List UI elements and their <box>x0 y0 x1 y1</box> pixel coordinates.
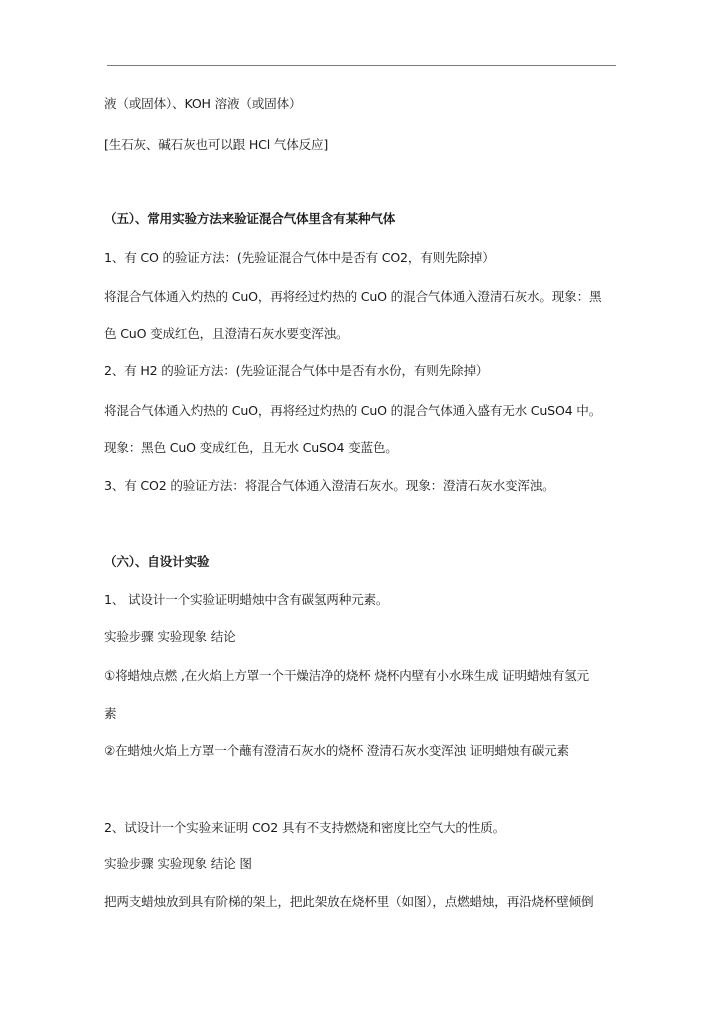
text-line-experiment-1: 1、 试设计一个实验证明蜡烛中含有碳氢两种元素。 <box>104 592 388 608</box>
section-heading-5: （五）、常用实验方法来验证混合气体里含有某种气体 <box>104 211 395 227</box>
text-line-co2-method: 3、有 CO2 的验证方法：将混合气体通入澄清石灰水。现象：澄清石灰水变浑浊。 <box>104 478 555 494</box>
text-line-h2-method: 2、有 H2 的验证方法：(先验证混合气体中是否有水份，有则先除掉） <box>104 363 488 379</box>
text-line-step-2: ②在蜡烛火焰上方罩一个蘸有澄清石灰水的烧杯 澄清石灰水变浑浊 证明蜡烛有碳元素 <box>104 743 569 759</box>
section-heading-6: （六）、自设计实验 <box>104 554 209 570</box>
text-line-table-header-1: 实验步骤 实验现象 结论 <box>104 629 236 645</box>
text-line-continuation: 液（或固体）、KOH 溶液（或固体） <box>104 96 301 112</box>
text-line-note: [生石灰、碱石灰也可以跟 HCl 气体反应] <box>104 137 328 153</box>
text-line-co-result: 色 CuO 变成红色，且澄清石灰水要变浑浊。 <box>104 326 348 342</box>
text-line-h2-result: 现象：黑色 CuO 变成红色，且无水 CuSO4 变蓝色。 <box>104 440 398 456</box>
text-line-table-header-2: 实验步骤 实验现象 结论 图 <box>104 856 252 872</box>
header-rule <box>107 65 616 66</box>
text-line-step-1-cont: 素 <box>104 706 116 722</box>
text-line-co-procedure: 将混合气体通入灼热的 CuO，再将经过灼热的 CuO 的混合气体通入澄清石灰水。… <box>104 289 601 305</box>
text-line-procedure-2: 把两支蜡烛放到具有阶梯的架上，把此架放在烧杯里（如图），点燃蜡烛，再沿烧杯壁倾倒 <box>104 894 593 910</box>
text-line-co-method: 1、有 CO 的验证方法：(先验证混合气体中是否有 CO2，有则先除掉） <box>104 250 495 266</box>
text-line-step-1: ①将蜡烛点燃 ,在火焰上方罩一个干燥洁净的烧杯 烧杯内壁有小水珠生成 证明蜡烛有… <box>104 668 589 684</box>
text-line-h2-procedure: 将混合气体通入灼热的 CuO，再将经过灼热的 CuO 的混合气体通入盛有无水 C… <box>104 403 601 419</box>
document-page: 液（或固体）、KOH 溶液（或固体） [生石灰、碱石灰也可以跟 HCl 气体反应… <box>0 0 724 1024</box>
text-line-experiment-2: 2、试设计一个实验来证明 CO2 具有不支持燃烧和密度比空气大的性质。 <box>104 820 505 836</box>
